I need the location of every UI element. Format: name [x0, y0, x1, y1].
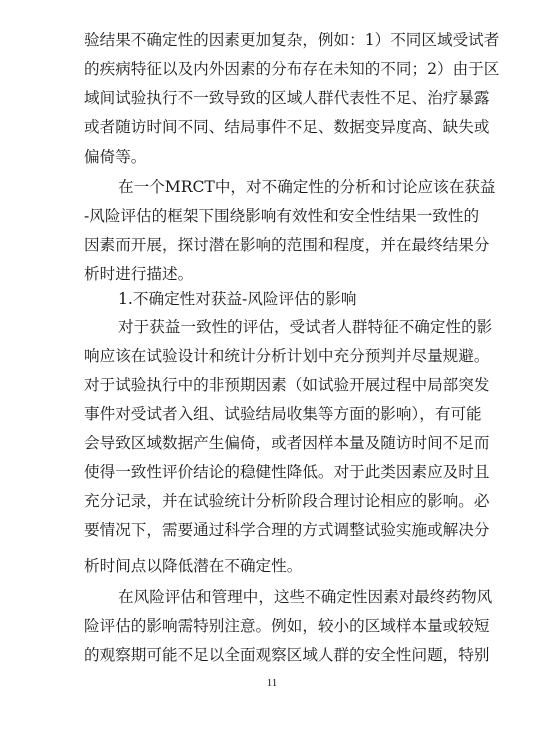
page-number: 11 [262, 676, 282, 690]
text-line: -风险评估的框架下围绕影响有效性和安全性结果一致性的 [84, 205, 470, 227]
text-line: 因素而开展，探讨潜在影响的范围和程度，并在最终结果分 [84, 234, 470, 256]
text-line: 对于试验执行中的非预期因素（如试验开展过程中局部突发 [84, 374, 470, 396]
text-line: 验结果不确定性的因素更加复杂，例如：1）不同区域受试者 [84, 29, 470, 51]
text-line: 响应该在试验设计和统计分析计划中充分预判并尽量规避。 [84, 345, 470, 367]
text-line: 要情况下，需要通过科学合理的方式调整试验实施或解决分 [84, 519, 470, 541]
text-line: 的疾病特征以及内外因素的分布存在未知的不同；2）由于区 [84, 58, 470, 80]
text-line: 使得一致性评价结论的稳健性降低。对于此类因素应及时且 [84, 461, 470, 483]
section-heading: 1.不确定性对获益-风险评估的影响 [118, 288, 470, 310]
document-page: 验结果不确定性的因素更加复杂，例如：1）不同区域受试者 的疾病特征以及内外因素的… [0, 0, 545, 730]
text-line: 事件对受试者入组、试验结局收集等方面的影响），有可能 [84, 403, 470, 425]
text-line: 析时进行描述。 [84, 263, 470, 285]
text-line: 析时间点以降低潜在不确定性。 [84, 555, 470, 577]
text-line: 域间试验执行不一致导致的区域人群代表性不足、治疗暴露 [84, 87, 470, 109]
text-line: 的观察期可能不足以全面观察区域人群的安全性问题，特别 [84, 644, 470, 666]
text-line: 对于获益一致性的评估，受试者人群特征不确定性的影 [118, 316, 470, 338]
text-line: 在风险评估和管理中，这些不确定性因素对最终药物风 [118, 586, 470, 608]
text-line: 险评估的影响需特别注意。例如，较小的区域样本量或较短 [84, 615, 470, 637]
text-line: 偏倚等。 [84, 146, 470, 168]
text-line: 在一个MRCT中，对不确定性的分析和讨论应该在获益 [118, 176, 470, 198]
text-line: 会导致区域数据产生偏倚，或者因样本量及随访时间不足而 [84, 432, 470, 454]
text-line: 或者随访时间不同、结局事件不足、数据变异度高、缺失或 [84, 116, 470, 138]
text-line: 充分记录，并在试验统计分析阶段合理讨论相应的影响。必 [84, 490, 470, 512]
